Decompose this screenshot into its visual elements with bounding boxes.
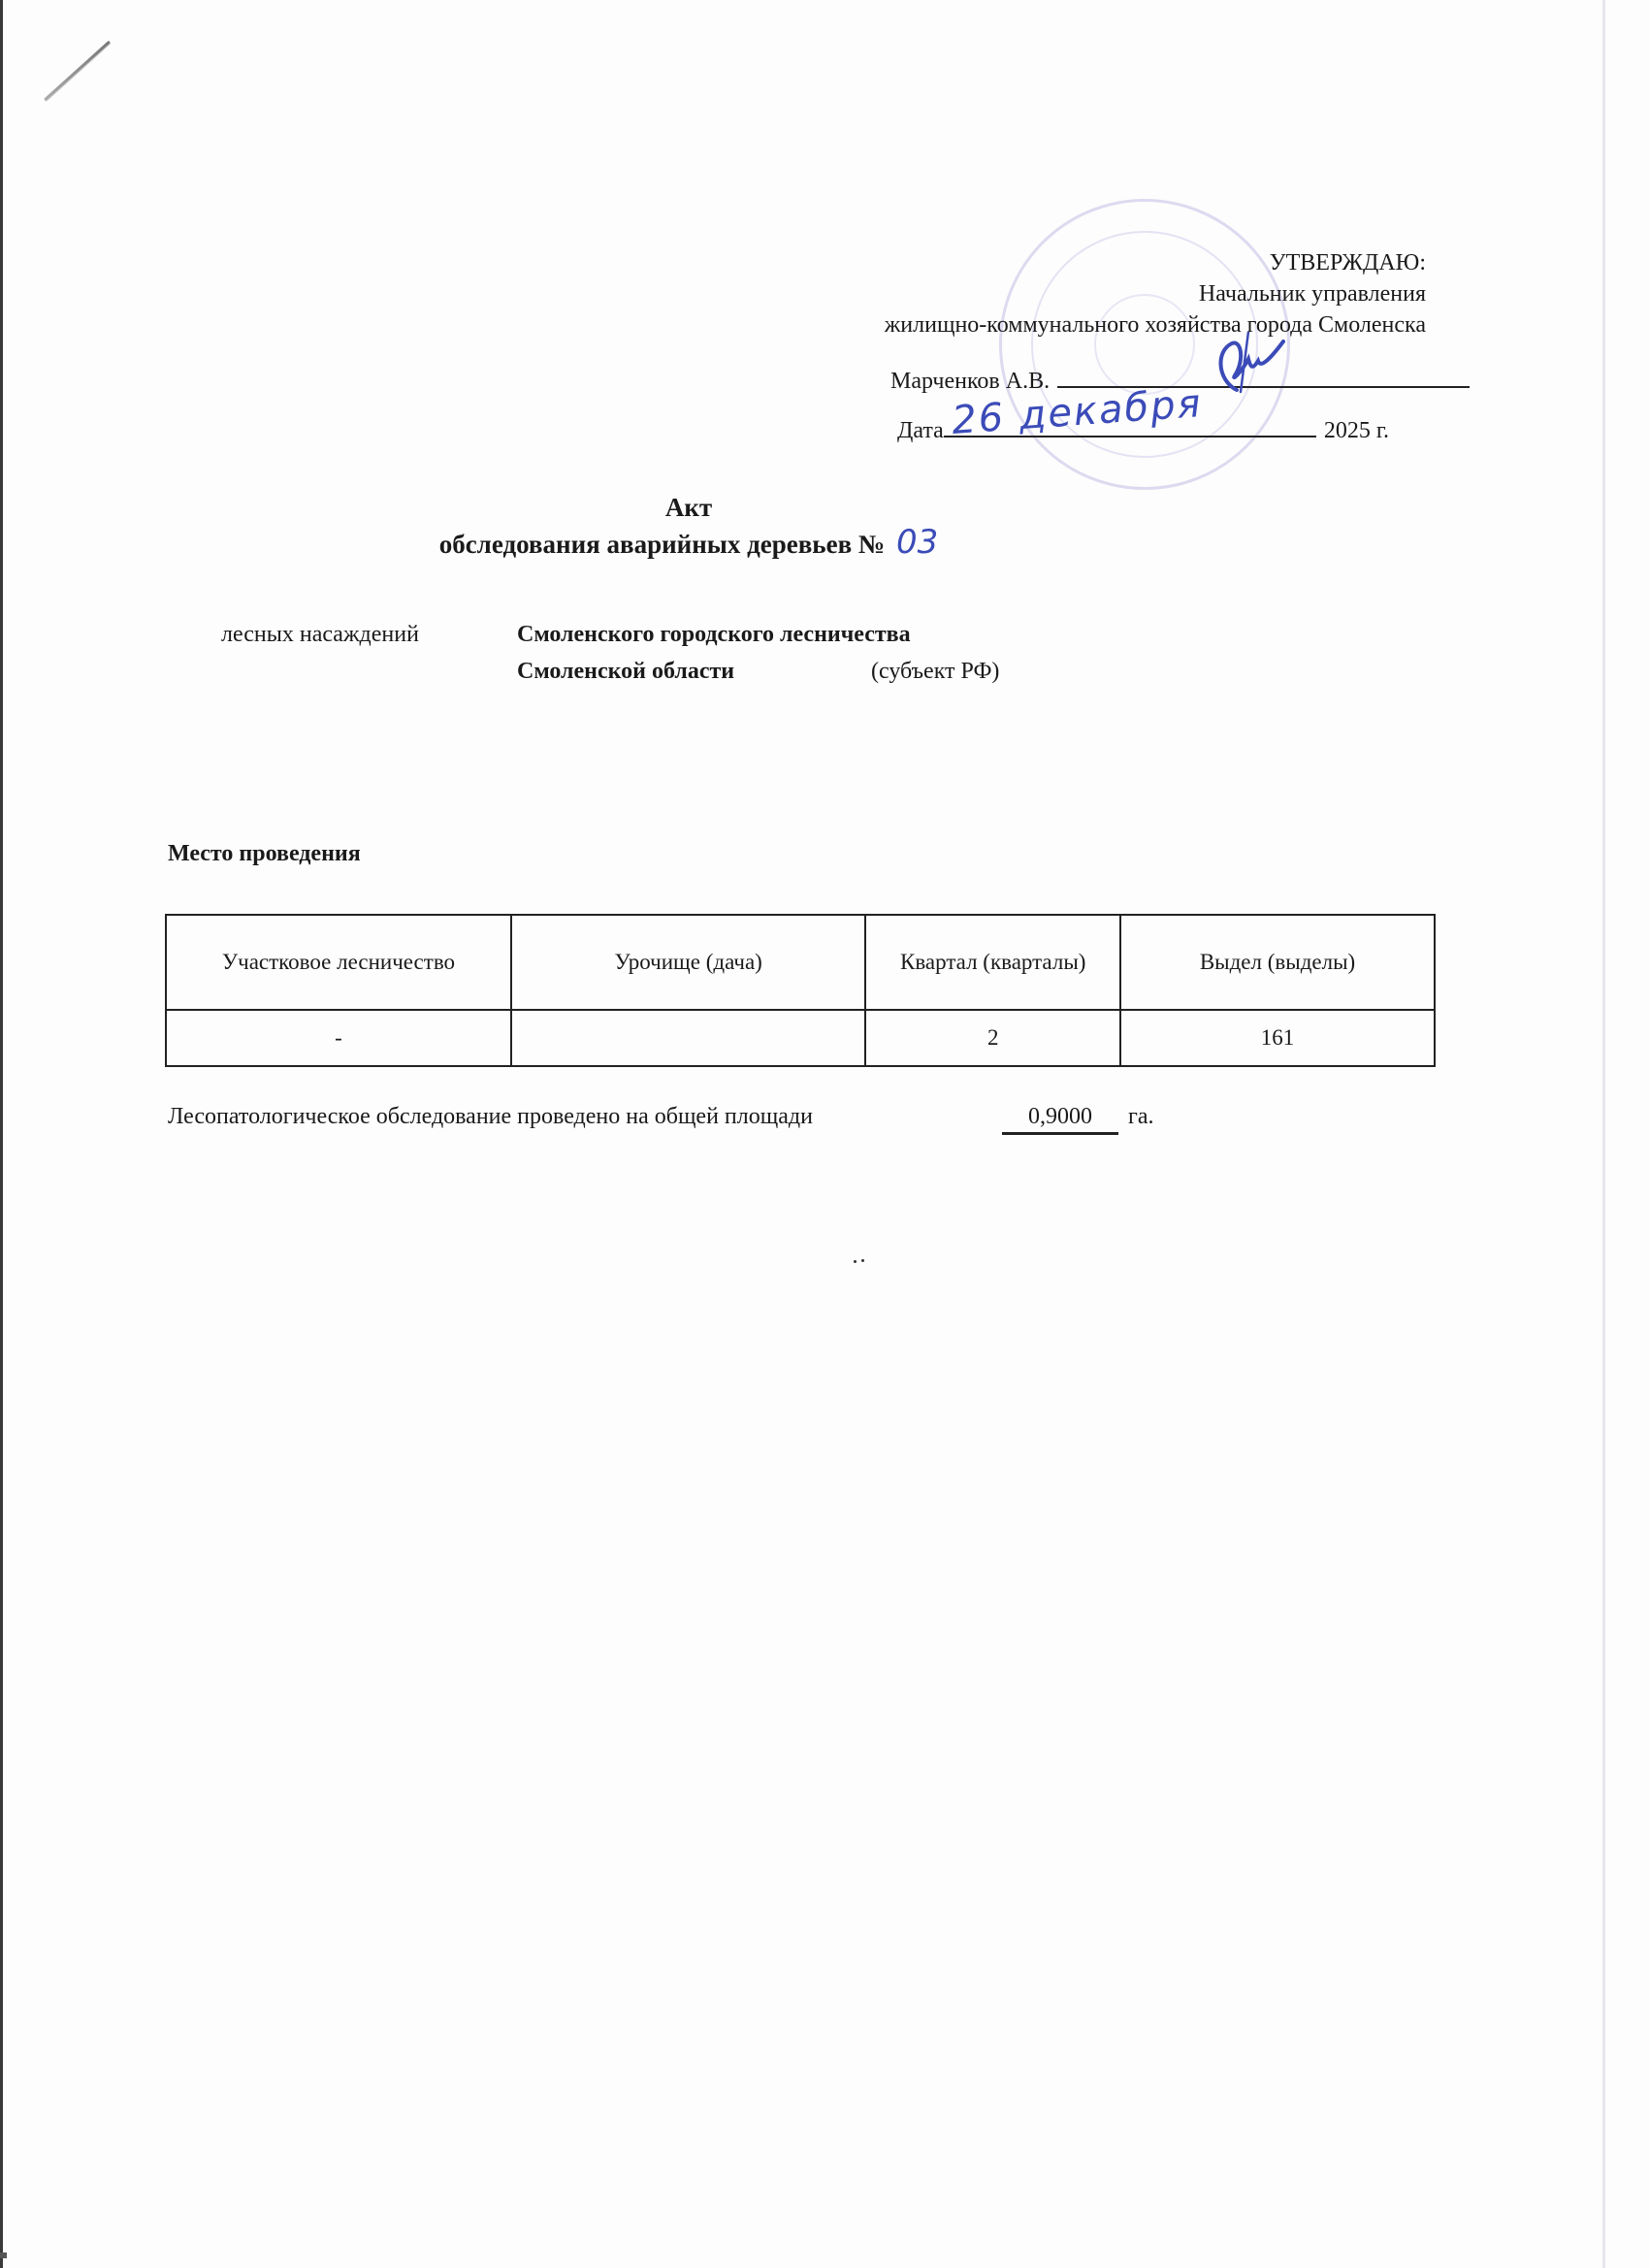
scan-specks [854, 1259, 865, 1263]
date-label: Дата [897, 418, 944, 443]
table-cell: 161 [1120, 1010, 1435, 1066]
column-header: Выдел (выделы) [1120, 915, 1435, 1010]
forest-region-note: (субъект РФ) [871, 654, 999, 689]
title-line2: обследования аварийных деревьев №03 [291, 525, 1086, 562]
approval-position-line1: Начальник управления [747, 278, 1426, 309]
scan-edge-right [1602, 0, 1605, 2268]
signature-line [1057, 365, 1470, 388]
column-header: Квартал (кварталы) [865, 915, 1120, 1010]
signatory-name: Марченков А.В. [890, 369, 1050, 394]
area-value: 0,9000 [1002, 1104, 1118, 1135]
location-table: Участковое лесничество Урочище (дача) Кв… [165, 914, 1436, 1067]
scan-corner-mark [0, 2252, 7, 2258]
column-header: Участковое лесничество [166, 915, 511, 1010]
forest-name: Смоленского городского лесничества [517, 617, 911, 652]
title-text: обследования аварийных деревьев № [439, 530, 885, 559]
location-heading: Место проведения [168, 841, 361, 867]
signature-icon [1198, 332, 1285, 400]
scan-edge-left [0, 0, 3, 2268]
handwritten-date: 26 декабря [951, 388, 1203, 437]
table-row: - 2 161 [166, 1010, 1435, 1066]
date-row: Дата 26 декабря 2025 г. [897, 414, 1389, 446]
document-page: УТВЕРЖДАЮ: Начальник управления жилищно-… [0, 0, 1649, 2268]
forest-label: лесных насаждений [221, 617, 419, 652]
date-line: 26 декабря [944, 414, 1316, 437]
approval-heading: УТВЕРЖДАЮ: [747, 247, 1426, 278]
act-number-handwritten: 03 [896, 523, 938, 562]
area-text: Лесопатологическое обследование проведен… [168, 1104, 813, 1130]
staple-mark-icon [44, 41, 111, 101]
table-header-row: Участковое лесничество Урочище (дача) Кв… [166, 915, 1435, 1010]
column-header: Урочище (дача) [511, 915, 866, 1010]
document-title: Акт обследования аварийных деревьев №03 [291, 490, 1086, 562]
table-cell [511, 1010, 866, 1066]
forest-region: Смоленской области [517, 654, 734, 689]
approval-position-line2: жилищно-коммунального хозяйства города С… [747, 309, 1426, 340]
approval-block: УТВЕРЖДАЮ: Начальник управления жилищно-… [747, 247, 1426, 340]
table-cell: 2 [865, 1010, 1120, 1066]
area-unit: га. [1128, 1104, 1154, 1130]
table-cell: - [166, 1010, 511, 1066]
title-line1: Акт [291, 490, 1086, 525]
date-year: 2025 г. [1324, 418, 1389, 443]
